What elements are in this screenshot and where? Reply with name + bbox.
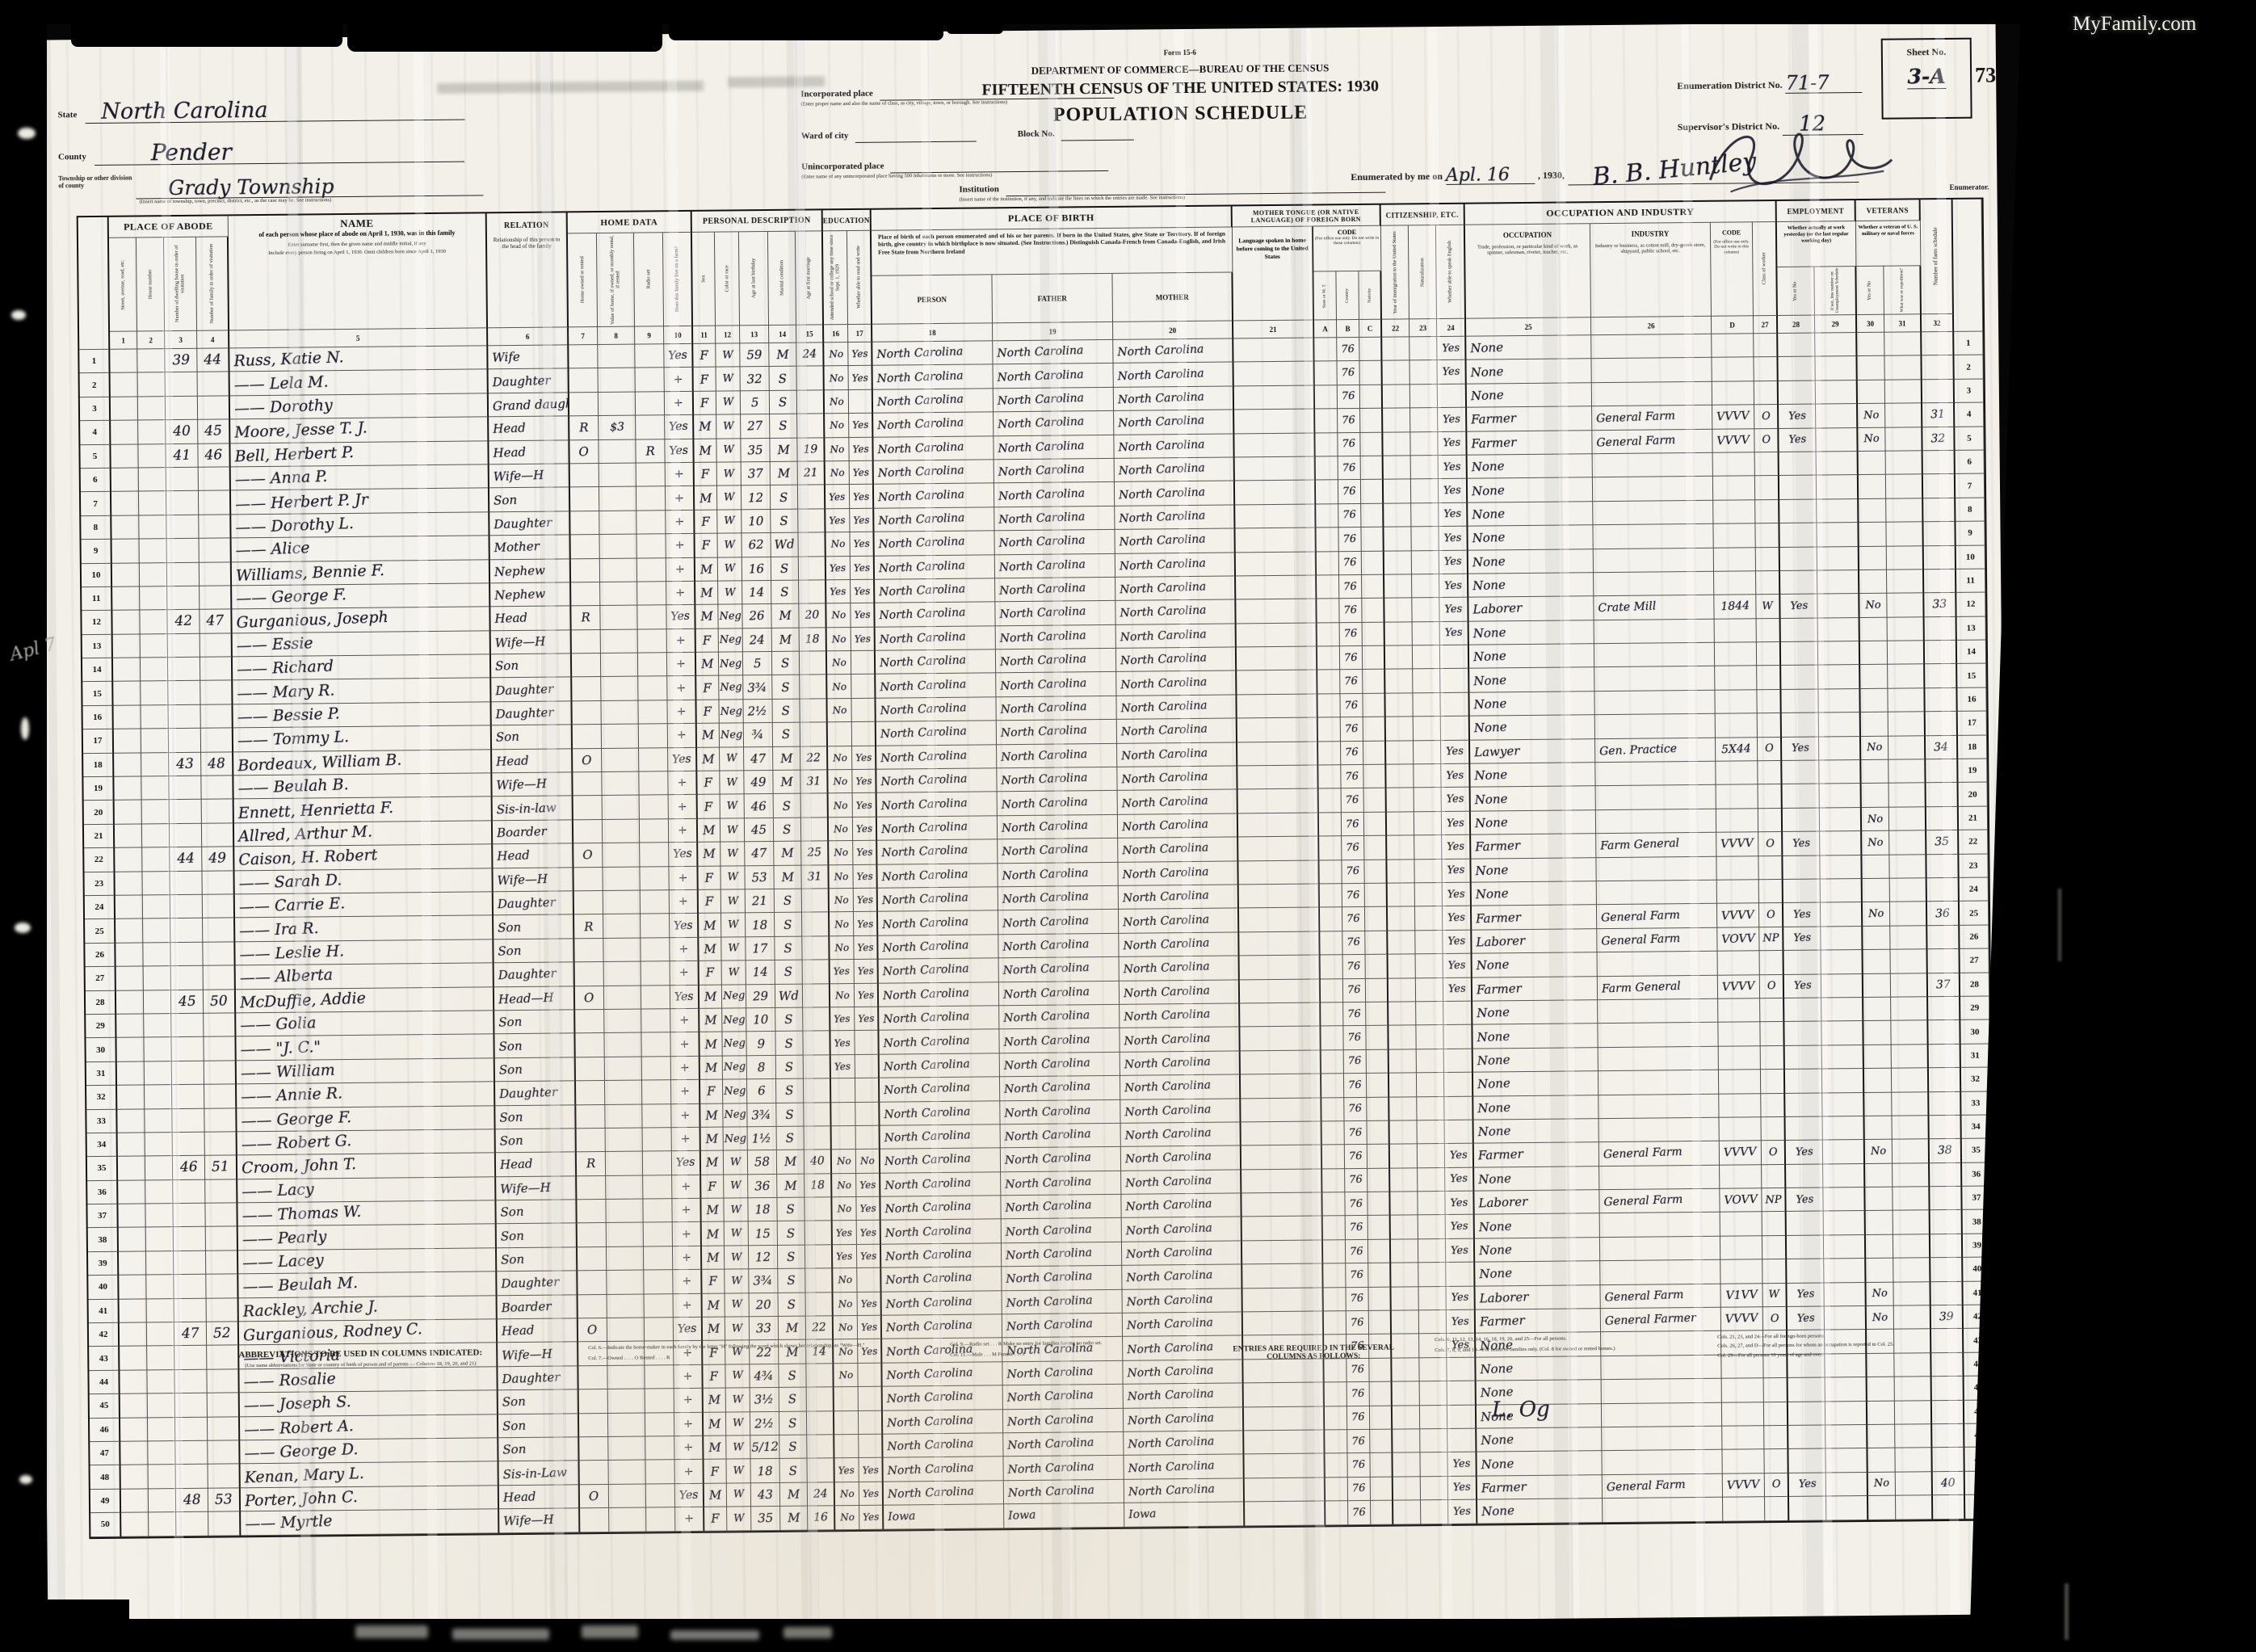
cell-am bbox=[803, 984, 830, 1008]
value-cb: 76 bbox=[1351, 1435, 1365, 1448]
value-mr: S bbox=[788, 1297, 796, 1311]
value-nm: Russ, Katie N. bbox=[233, 348, 344, 370]
cell-h10: Yes bbox=[669, 843, 698, 867]
cell-rl: Wife—H bbox=[489, 464, 570, 488]
cell-cd: 5X44 bbox=[1716, 738, 1758, 762]
cell-ln: 37 bbox=[87, 1204, 118, 1229]
value-ag: 32 bbox=[746, 371, 763, 386]
value-r17: Yes bbox=[863, 1487, 880, 1499]
cell-ln: 31 bbox=[1961, 1044, 1990, 1068]
value-ag: 45 bbox=[751, 822, 767, 838]
cell-rl: Sis-in-law bbox=[493, 797, 573, 821]
cell-cd bbox=[1719, 1046, 1761, 1070]
cell-empty bbox=[1420, 1452, 1447, 1477]
value-pb: North Carolina bbox=[879, 582, 965, 599]
cell-empty bbox=[1367, 1121, 1390, 1145]
cell-h10: + bbox=[670, 961, 699, 986]
cell-empty bbox=[115, 824, 142, 848]
value-s16: No bbox=[839, 1488, 854, 1500]
cell-h7 bbox=[577, 1129, 606, 1153]
cell-s16: No bbox=[832, 1174, 856, 1198]
value-h7: O bbox=[582, 753, 592, 767]
value-oc: None bbox=[1472, 625, 1506, 641]
cell-empty bbox=[1320, 931, 1342, 956]
value-cr: W bbox=[724, 491, 735, 503]
cell-cw bbox=[1761, 1070, 1785, 1094]
signature-scribble bbox=[1698, 118, 1901, 200]
cell-s16: No bbox=[832, 1150, 856, 1174]
cell-h9 bbox=[641, 938, 670, 962]
cell-h7 bbox=[570, 487, 599, 511]
cell-empty bbox=[1242, 1240, 1323, 1264]
value-cb: 76 bbox=[1347, 984, 1361, 997]
value-ag: 6 bbox=[758, 1083, 766, 1098]
value-oc: None bbox=[1474, 791, 1507, 807]
cell-empty bbox=[1393, 1453, 1420, 1478]
cell-pb: Iowa bbox=[884, 1504, 1004, 1529]
cell-vt bbox=[1861, 713, 1888, 737]
cell-empty bbox=[1323, 1217, 1346, 1241]
cell-fs bbox=[1928, 949, 1960, 973]
cell-ln: 35 bbox=[87, 1157, 118, 1181]
cell-rl: Wife—H bbox=[492, 772, 573, 797]
cell-empty bbox=[1323, 1263, 1346, 1288]
cell-h10: + bbox=[665, 368, 694, 392]
value-oc: Lawyer bbox=[1474, 743, 1520, 759]
cell-h9 bbox=[641, 961, 670, 986]
cell-empty bbox=[145, 1061, 172, 1086]
cell-en bbox=[1443, 1002, 1472, 1026]
value-pf: North Carolina bbox=[1006, 1318, 1093, 1334]
cell-sx: M bbox=[703, 1318, 725, 1342]
value-mr: S bbox=[787, 1273, 796, 1288]
cell-empty bbox=[1371, 1501, 1393, 1525]
cell-fm bbox=[199, 467, 231, 491]
cell-h9 bbox=[640, 796, 669, 820]
cell-s16: No bbox=[826, 532, 850, 557]
value-ln: 23 bbox=[95, 879, 103, 889]
value-h10: Yes bbox=[672, 752, 691, 766]
cell-pb: North Carolina bbox=[875, 555, 995, 580]
value-sx: F bbox=[700, 396, 709, 410]
value-cr: Neg bbox=[723, 990, 746, 1003]
cell-empty bbox=[1383, 409, 1410, 433]
cell-rl: Head bbox=[492, 749, 573, 773]
cell-empty bbox=[1887, 594, 1924, 618]
cell-in bbox=[1594, 691, 1715, 716]
value-pf: North Carolina bbox=[999, 557, 1086, 574]
value-rl: Son bbox=[498, 944, 522, 959]
value-s16: No bbox=[829, 372, 843, 384]
cell-mr: M bbox=[770, 438, 797, 462]
cell-empty bbox=[1417, 1073, 1444, 1097]
cell-pb: North Carolina bbox=[880, 1196, 1001, 1221]
cell-nm: —— Alberta bbox=[236, 963, 494, 989]
cell-empty bbox=[1360, 385, 1383, 409]
cell-empty bbox=[1892, 1068, 1929, 1092]
value-wk: Yes bbox=[1790, 599, 1808, 612]
cell-wk: Yes bbox=[1784, 974, 1821, 998]
cell-empty bbox=[1420, 1406, 1447, 1430]
cell-sx: F bbox=[695, 463, 717, 487]
value-r17: Yes bbox=[859, 1203, 876, 1215]
cell-ag: 18 bbox=[748, 1198, 777, 1222]
cell-dw bbox=[174, 1298, 207, 1322]
cell-cb: 76 bbox=[1345, 1169, 1367, 1193]
cell-h8 bbox=[604, 986, 641, 1010]
cell-mr: S bbox=[775, 913, 802, 937]
value-rl: Son bbox=[498, 1038, 523, 1053]
cell-fm bbox=[204, 1013, 236, 1037]
cell-pm: North Carolina bbox=[1120, 1051, 1241, 1076]
value-h10: Yes bbox=[679, 1488, 699, 1502]
cell-r17 bbox=[855, 1054, 880, 1078]
value-r17: Yes bbox=[862, 1464, 879, 1476]
value-mr: S bbox=[782, 727, 791, 742]
value-ln: 37 bbox=[1972, 1193, 1981, 1203]
cell-cb: 76 bbox=[1348, 1501, 1371, 1525]
value-pb: North Carolina bbox=[887, 1389, 973, 1406]
cell-pm: North Carolina bbox=[1117, 742, 1237, 767]
value-nm: —— Golia bbox=[240, 1014, 317, 1035]
cell-empty bbox=[1388, 954, 1416, 978]
value-rl: Nephew bbox=[494, 562, 546, 578]
cell-sx: M bbox=[704, 1412, 726, 1436]
cell-h9 bbox=[635, 344, 664, 368]
cell-rl: Son bbox=[489, 488, 570, 512]
cell-nm: Caison, H. Robert bbox=[234, 844, 493, 870]
cell-pf: North Carolina bbox=[994, 482, 1115, 507]
value-rl: Daughter bbox=[502, 1370, 561, 1387]
value-fs: 38 bbox=[1938, 1144, 1952, 1158]
value-ln: 40 bbox=[1972, 1264, 1981, 1274]
value-sx: M bbox=[708, 1416, 721, 1431]
cell-pf: North Carolina bbox=[1000, 1076, 1120, 1101]
cell-nm: —— Mary R. bbox=[233, 679, 491, 704]
cell-rl: Boarder bbox=[493, 820, 573, 844]
cell-cw bbox=[1756, 547, 1780, 571]
value-pb: North Carolina bbox=[877, 417, 964, 433]
value-cb: 76 bbox=[1352, 1507, 1366, 1520]
cell-r17 bbox=[851, 699, 876, 723]
cell-wk: Yes bbox=[1786, 1188, 1823, 1213]
cell-ln: 31 bbox=[86, 1061, 117, 1086]
cell-empty bbox=[1895, 1424, 1932, 1448]
cell-empty bbox=[1886, 498, 1923, 523]
value-en: Yes bbox=[1445, 627, 1463, 640]
cell-dw bbox=[174, 1275, 206, 1299]
value-pb: Iowa bbox=[888, 1510, 916, 1524]
value-ln: 50 bbox=[101, 1520, 110, 1529]
value-nm: —— Carrie E. bbox=[239, 894, 346, 916]
cell-ln: 40 bbox=[88, 1276, 119, 1300]
cell-en: Yes bbox=[1437, 337, 1466, 361]
cell-dw bbox=[174, 1227, 206, 1251]
value-nm: Gurganious, Rodney C. bbox=[243, 1320, 423, 1344]
value-am: 40 bbox=[810, 1155, 825, 1169]
cell-h8 bbox=[599, 439, 636, 464]
cell-empty bbox=[1315, 409, 1338, 433]
cell-h8 bbox=[599, 368, 636, 393]
value-oc: None bbox=[1471, 388, 1504, 404]
column-number: 2 bbox=[137, 331, 165, 349]
value-pm: North Carolina bbox=[1120, 675, 1207, 691]
value-ag: 18 bbox=[752, 917, 768, 932]
value-ag: 8 bbox=[757, 1060, 765, 1074]
cell-en: Yes bbox=[1445, 1192, 1474, 1216]
cell-empty bbox=[1892, 1116, 1929, 1140]
cell-empty bbox=[116, 1014, 144, 1038]
value-en: Yes bbox=[1448, 983, 1466, 996]
cell-cd bbox=[1722, 1402, 1764, 1427]
cell-mr: S bbox=[771, 557, 799, 581]
value-sx: F bbox=[704, 799, 713, 813]
cell-s16: No bbox=[830, 984, 855, 1008]
cell-pf: North Carolina bbox=[994, 411, 1114, 436]
cell-oc: None bbox=[1472, 1024, 1598, 1049]
cell-empty bbox=[1241, 1098, 1321, 1122]
cell-in bbox=[1592, 382, 1712, 407]
cell-oc: None bbox=[1471, 810, 1596, 835]
cell-cr: W bbox=[725, 1317, 750, 1341]
cell-empty bbox=[116, 895, 143, 919]
cell-ag: 5 bbox=[741, 391, 770, 415]
value-pb: North Carolina bbox=[876, 345, 963, 361]
cell-empty bbox=[1385, 645, 1413, 670]
cell-cw: O bbox=[1762, 1141, 1786, 1165]
cell-oc: None bbox=[1468, 502, 1593, 527]
value-cd: VVVV bbox=[1724, 1145, 1757, 1160]
cell-cr: Neg bbox=[718, 605, 742, 629]
cell-h7 bbox=[578, 1247, 607, 1272]
cell-sx: F bbox=[700, 1080, 723, 1104]
cell-pf: North Carolina bbox=[1002, 1361, 1123, 1386]
cell-empty bbox=[1822, 1116, 1864, 1141]
cell-empty bbox=[1889, 855, 1926, 879]
cell-empty bbox=[1410, 432, 1438, 456]
cell-empty bbox=[1384, 574, 1412, 599]
cell-en: Yes bbox=[1439, 574, 1468, 599]
cell-empty bbox=[1815, 333, 1857, 357]
value-cb: 76 bbox=[1348, 1103, 1362, 1116]
cell-empty bbox=[1415, 931, 1443, 955]
cell-wk bbox=[1782, 761, 1819, 785]
value-oc: None bbox=[1476, 957, 1509, 973]
value-oc: None bbox=[1480, 1361, 1513, 1377]
cell-cb: 76 bbox=[1348, 1478, 1371, 1502]
value-s16: No bbox=[830, 443, 844, 456]
cell-h9 bbox=[636, 463, 666, 487]
cell-ln: 10 bbox=[82, 563, 112, 587]
value-pm: North Carolina bbox=[1124, 1103, 1211, 1119]
value-en: Yes bbox=[1446, 746, 1464, 759]
cell-dw bbox=[167, 586, 200, 611]
value-fs: 31 bbox=[1930, 408, 1945, 422]
cell-dw: 46 bbox=[173, 1156, 205, 1180]
value-oc: None bbox=[1477, 1053, 1510, 1069]
cell-in: Farm General bbox=[1596, 833, 1716, 858]
cell-fm: 52 bbox=[207, 1322, 239, 1346]
cell-empty bbox=[1824, 1259, 1866, 1283]
cell-fs bbox=[1930, 1234, 1963, 1259]
cell-dw bbox=[174, 1251, 206, 1276]
cell-rl: Mother bbox=[490, 535, 571, 559]
cell-en bbox=[1447, 1429, 1477, 1453]
cell-empty bbox=[1895, 1448, 1932, 1473]
cell-pf: North Carolina bbox=[1003, 1432, 1124, 1457]
cell-in bbox=[1593, 453, 1713, 478]
value-ln: 26 bbox=[95, 950, 104, 960]
cell-empty bbox=[1392, 1358, 1419, 1382]
value-rl: Grand daughter bbox=[493, 395, 569, 414]
cell-am bbox=[800, 675, 827, 700]
value-ag: 5 bbox=[753, 656, 761, 670]
cell-empty bbox=[1321, 1098, 1344, 1122]
cell-r17: Yes bbox=[849, 414, 873, 438]
cell-ln: 29 bbox=[1960, 996, 1989, 1020]
cell-empty bbox=[1416, 1002, 1443, 1026]
value-sx: M bbox=[704, 1036, 717, 1052]
cell-oc: None bbox=[1470, 715, 1595, 740]
value-in: Farm General bbox=[1600, 837, 1679, 853]
code-caption: (For office use only. Do not write in th… bbox=[1314, 236, 1380, 246]
cell-en bbox=[1443, 1025, 1472, 1049]
cell-fm bbox=[200, 539, 232, 563]
value-am: 25 bbox=[807, 847, 821, 860]
cell-fs bbox=[1932, 1400, 1964, 1424]
column-number: 6 bbox=[488, 327, 569, 346]
cell-sx: M bbox=[701, 1199, 724, 1223]
cell-cw bbox=[1762, 1236, 1787, 1260]
cell-empty bbox=[1886, 522, 1923, 546]
cell-s16: No bbox=[834, 1293, 858, 1317]
cell-h9 bbox=[641, 986, 670, 1010]
value-ag: 29 bbox=[753, 988, 769, 1003]
cell-pm: North Carolina bbox=[1121, 1193, 1241, 1218]
cell-empty bbox=[1822, 1045, 1864, 1070]
cell-r17: Yes bbox=[848, 343, 872, 367]
cell-oc: None bbox=[1468, 549, 1594, 574]
cell-dw bbox=[169, 729, 201, 753]
value-mr: S bbox=[779, 371, 788, 385]
cell-wk bbox=[1788, 1378, 1825, 1402]
value-mr: S bbox=[784, 965, 793, 979]
value-cd: 5X44 bbox=[1721, 742, 1751, 756]
cell-cr: W bbox=[725, 1270, 749, 1294]
cell-in: General Farm bbox=[1597, 928, 1717, 953]
value-ln: 32 bbox=[97, 1092, 106, 1102]
cell-empty bbox=[1888, 641, 1925, 665]
cell-dw bbox=[171, 1014, 204, 1038]
cell-h9 bbox=[645, 1365, 674, 1389]
cell-empty bbox=[1237, 623, 1317, 647]
cell-vt bbox=[1859, 570, 1887, 595]
cell-in bbox=[1594, 548, 1714, 573]
cell-fs bbox=[1930, 1210, 1963, 1234]
cell-h7 bbox=[574, 891, 603, 915]
cell-empty bbox=[110, 349, 137, 373]
value-h10: + bbox=[676, 658, 686, 670]
value-sx: F bbox=[711, 1511, 720, 1526]
cell-en: Yes bbox=[1445, 1167, 1474, 1192]
cell-en bbox=[1447, 1357, 1476, 1381]
hole-punch bbox=[19, 1475, 32, 1484]
value-pm: North Carolina bbox=[1124, 984, 1210, 1000]
cell-mr: M bbox=[780, 1482, 808, 1507]
cell-empty bbox=[1370, 1382, 1393, 1406]
value-dw: 48 bbox=[183, 1491, 200, 1508]
value-en: Yes bbox=[1443, 484, 1461, 497]
cell-h8 bbox=[607, 1294, 645, 1318]
cell-ln: 11 bbox=[1956, 569, 1985, 593]
value-r17: Yes bbox=[854, 633, 871, 645]
cell-en: Yes bbox=[1442, 835, 1471, 860]
value-cd: VOVV bbox=[1724, 1193, 1758, 1208]
value-nm: —— Alberta bbox=[239, 966, 333, 987]
col-read-write: Whether able to read and write bbox=[855, 231, 863, 325]
cell-empty bbox=[1243, 1311, 1324, 1335]
cell-h7 bbox=[579, 1414, 608, 1438]
cell-empty bbox=[1888, 713, 1926, 737]
cell-pf: North Carolina bbox=[997, 744, 1117, 769]
cell-empty bbox=[144, 990, 171, 1015]
cell-empty bbox=[1325, 1382, 1347, 1406]
cell-wk bbox=[1779, 499, 1817, 523]
value-cb: 76 bbox=[1346, 794, 1359, 807]
cell-oc: Laborer bbox=[1474, 1190, 1599, 1215]
value-pm: North Carolina bbox=[1123, 913, 1209, 929]
cell-pf: North Carolina bbox=[994, 530, 1115, 555]
cell-empty bbox=[112, 586, 140, 611]
cell-mr: S bbox=[779, 1293, 806, 1317]
cell-in: General Farm bbox=[1599, 1189, 1720, 1214]
value-ln: 2 bbox=[1966, 362, 1971, 372]
value-s16: No bbox=[831, 609, 846, 621]
cell-r17: Yes bbox=[851, 580, 875, 604]
cell-cr: W bbox=[717, 486, 741, 511]
value-sx: M bbox=[707, 1322, 720, 1337]
cell-h9 bbox=[636, 487, 666, 511]
cell-cd bbox=[1715, 690, 1757, 714]
cell-cr: Neg bbox=[719, 676, 743, 700]
cell-mr: S bbox=[778, 1245, 805, 1269]
value-s16: Yes bbox=[834, 965, 851, 977]
value-r17: Yes bbox=[858, 1013, 875, 1025]
value-rl: Head bbox=[500, 1157, 533, 1173]
value-sx: M bbox=[701, 728, 714, 743]
cell-ln: 5 bbox=[80, 444, 111, 469]
cell-cr: W bbox=[716, 368, 741, 392]
value-ln: 22 bbox=[1968, 837, 1977, 847]
cell-empty bbox=[117, 1061, 145, 1086]
value-pm: North Carolina bbox=[1120, 580, 1206, 596]
cell-in: General Farm bbox=[1592, 406, 1712, 431]
cell-dw bbox=[172, 1061, 204, 1085]
value-en: Yes bbox=[1447, 840, 1464, 853]
ed-value: 71-7 bbox=[1785, 71, 1829, 95]
value-cb: 76 bbox=[1346, 889, 1360, 902]
cell-oc: None bbox=[1466, 359, 1591, 385]
cell-h7 bbox=[578, 1271, 607, 1295]
cell-fm bbox=[199, 515, 231, 539]
cell-cd: VVVV bbox=[1721, 1307, 1763, 1331]
cell-pf: North Carolina bbox=[1000, 1099, 1120, 1124]
value-pf: North Carolina bbox=[1005, 1151, 1091, 1167]
cell-cb: 76 bbox=[1338, 528, 1361, 552]
cell-in: General Farm bbox=[1599, 1141, 1720, 1166]
cell-empty bbox=[1896, 1495, 1933, 1520]
value-pb: North Carolina bbox=[880, 725, 967, 742]
